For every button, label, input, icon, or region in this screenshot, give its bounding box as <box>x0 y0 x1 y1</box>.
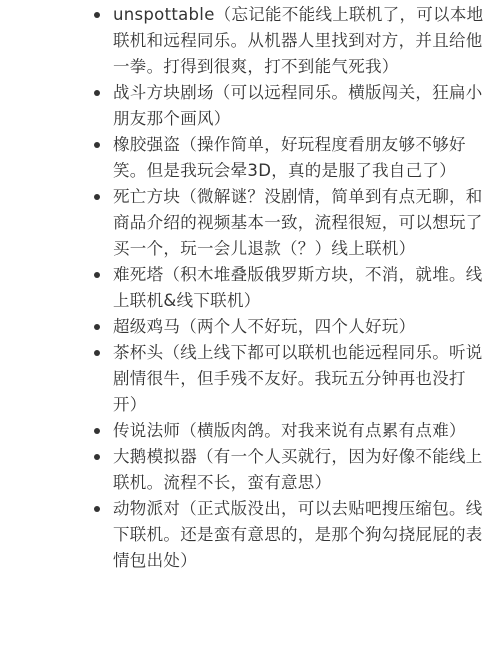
bullet-icon <box>94 350 100 356</box>
item-text: 难死塔（积木堆叠版俄罗斯方块，不消，就堆。线上联机&线下联机） <box>113 265 483 310</box>
list-item: unspottable（忘记能不能线上联机了，可以本地联机和远程同乐。从机器人里… <box>113 2 488 80</box>
item-text: 茶杯头（线上线下都可以联机也能远程同乐。听说剧情很牛，但手残不友好。我玩五分钟再… <box>113 343 483 414</box>
list-item: 传说法师（横版肉鸽。对我来说有点累有点难） <box>113 418 488 444</box>
list-item: 战斗方块剧场（可以远程同乐。横版闯关，狂扁小朋友那个画风） <box>113 80 488 132</box>
bullet-icon <box>94 194 100 200</box>
bullet-icon <box>94 428 100 434</box>
list-item: 难死塔（积木堆叠版俄罗斯方块，不消，就堆。线上联机&线下联机） <box>113 262 488 314</box>
list-item: 死亡方块（微解谜？没剧情，简单到有点无聊，和商品介绍的视频基本一致，流程很短，可… <box>113 184 488 262</box>
bullet-icon <box>94 142 100 148</box>
bullet-icon <box>94 454 100 460</box>
item-text: 大鹅模拟器（有一个人买就行，因为好像不能线上联机。流程不长，蛮有意思） <box>113 447 483 492</box>
game-list: unspottable（忘记能不能线上联机了，可以本地联机和远程同乐。从机器人里… <box>113 2 488 574</box>
item-text: 传说法师（横版肉鸽。对我来说有点累有点难） <box>113 421 466 440</box>
list-item: 动物派对（正式版没出，可以去贴吧搜压缩包。线下联机。还是蛮有意思的，是那个狗勾挠… <box>113 496 488 574</box>
list-item: 大鹅模拟器（有一个人买就行，因为好像不能线上联机。流程不长，蛮有意思） <box>113 444 488 496</box>
item-text: 橡胶强盗（操作简单，好玩程度看朋友够不够好笑。但是我玩会晕3D，真的是服了我自己… <box>113 135 466 180</box>
list-item: 超级鸡马（两个人不好玩，四个人好玩） <box>113 314 488 340</box>
item-text: 动物派对（正式版没出，可以去贴吧搜压缩包。线下联机。还是蛮有意思的，是那个狗勾挠… <box>113 499 483 570</box>
bullet-icon <box>94 272 100 278</box>
bullet-icon <box>94 324 100 330</box>
item-text: 死亡方块（微解谜？没剧情，简单到有点无聊，和商品介绍的视频基本一致，流程很短，可… <box>113 187 483 258</box>
list-item: 茶杯头（线上线下都可以联机也能远程同乐。听说剧情很牛，但手残不友好。我玩五分钟再… <box>113 340 488 418</box>
bullet-icon <box>94 506 100 512</box>
list-item: 橡胶强盗（操作简单，好玩程度看朋友够不够好笑。但是我玩会晕3D，真的是服了我自己… <box>113 132 488 184</box>
bullet-icon <box>94 90 100 96</box>
item-text: 战斗方块剧场（可以远程同乐。横版闯关，狂扁小朋友那个画风） <box>113 83 483 128</box>
item-text: unspottable（忘记能不能线上联机了，可以本地联机和远程同乐。从机器人里… <box>113 5 483 76</box>
item-text: 超级鸡马（两个人不好玩，四个人好玩） <box>113 317 415 336</box>
bullet-icon <box>94 12 100 18</box>
